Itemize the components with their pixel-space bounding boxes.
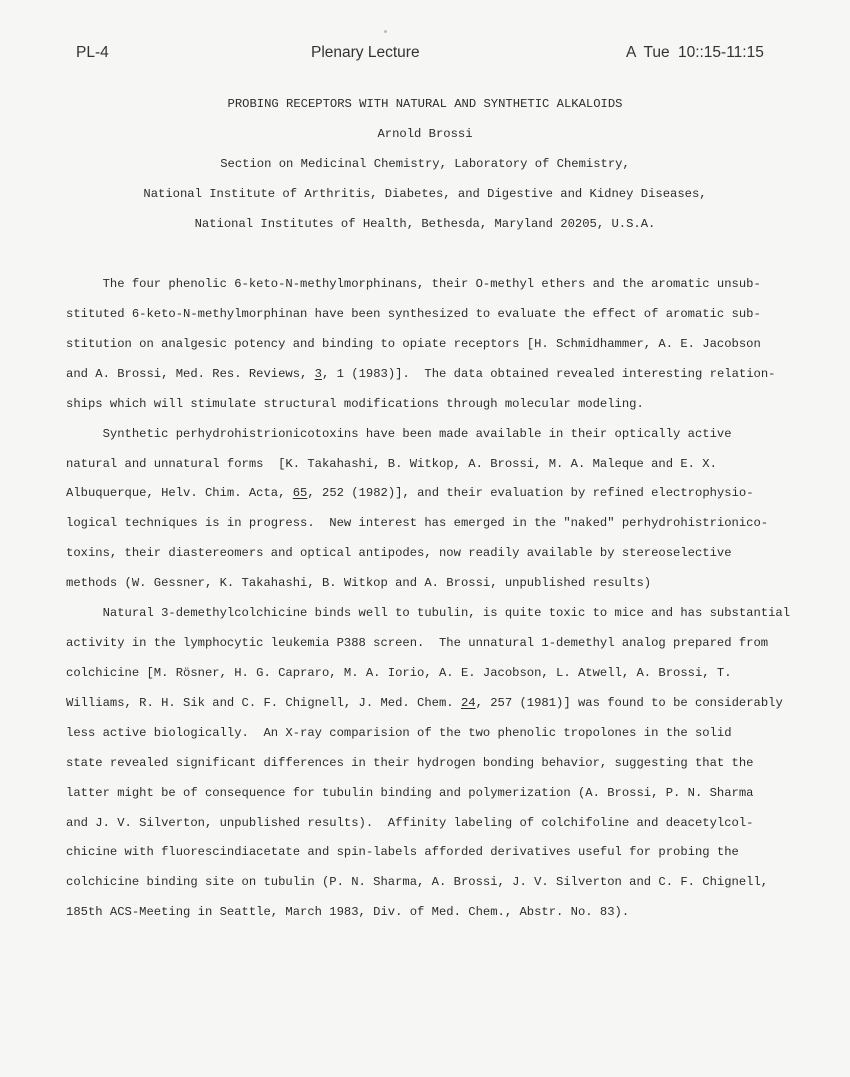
- volume-number: 24: [461, 696, 476, 710]
- page-header: PL-4 Plenary Lecture A Tue 10::15-11:15: [0, 44, 850, 66]
- paragraph-1-line-4: and A. Brossi, Med. Res. Reviews, 3, 1 (…: [66, 367, 775, 381]
- text-segment: Williams, R. H. Sik and C. F. Chignell, …: [66, 696, 461, 710]
- paragraph-2-line-6: methods (W. Gessner, K. Takahashi, B. Wi…: [66, 576, 651, 590]
- lecture-code: PL-4: [76, 44, 109, 62]
- paragraph-3-line-4: Williams, R. H. Sik and C. F. Chignell, …: [66, 696, 783, 710]
- paragraph-3-line-2: activity in the lymphocytic leukemia P38…: [66, 636, 768, 650]
- text-segment: and A. Brossi, Med. Res. Reviews,: [66, 367, 315, 381]
- paragraph-3-line-6: state revealed significant differences i…: [66, 756, 754, 770]
- paragraph-1-line-5: ships which will stimulate structural mo…: [66, 397, 644, 411]
- paper-speck: [384, 30, 387, 33]
- text-segment: , 1 (1983)]. The data obtained revealed …: [322, 367, 775, 381]
- author-name: Arnold Brossi: [0, 127, 850, 141]
- text-segment: Albuquerque, Helv. Chim. Acta,: [66, 486, 293, 500]
- paragraph-3-line-7: latter might be of consequence for tubul…: [66, 786, 754, 800]
- paragraph-2-line-3: Albuquerque, Helv. Chim. Acta, 65, 252 (…: [66, 486, 754, 500]
- paragraph-3-line-9: chicine with fluorescindiacetate and spi…: [66, 845, 739, 859]
- affiliation-line-3: National Institutes of Health, Bethesda,…: [0, 217, 850, 231]
- paragraph-3-line-1: Natural 3-demethylcolchicine binds well …: [66, 606, 790, 620]
- volume-number: 3: [315, 367, 322, 381]
- paragraph-3-line-10: colchicine binding site on tubulin (P. N…: [66, 875, 768, 889]
- document-page: PL-4 Plenary Lecture A Tue 10::15-11:15 …: [0, 0, 850, 1077]
- paragraph-1-line-1: The four phenolic 6-keto-N-methylmorphin…: [66, 277, 761, 291]
- lecture-type: Plenary Lecture: [311, 44, 420, 62]
- paragraph-2-line-5: toxins, their diastereomers and optical …: [66, 546, 732, 560]
- affiliation-line-2: National Institute of Arthritis, Diabete…: [0, 187, 850, 201]
- paper-title: PROBING RECEPTORS WITH NATURAL AND SYNTH…: [0, 97, 850, 111]
- text-segment: , 252 (1982)], and their evaluation by r…: [307, 486, 753, 500]
- text-segment: , 257 (1981)] was found to be considerab…: [476, 696, 783, 710]
- paragraph-2-line-2: natural and unnatural forms [K. Takahash…: [66, 457, 717, 471]
- paragraph-3-line-3: colchicine [M. Rösner, H. G. Capraro, M.…: [66, 666, 732, 680]
- session-time: A Tue 10::15-11:15: [626, 44, 764, 62]
- paragraph-1-line-3: stitution on analgesic potency and bindi…: [66, 337, 761, 351]
- affiliation-line-1: Section on Medicinal Chemistry, Laborato…: [0, 157, 850, 171]
- volume-number: 65: [293, 486, 308, 500]
- paragraph-2-line-1: Synthetic perhydrohistrionicotoxins have…: [66, 427, 732, 441]
- paragraph-1-line-2: stituted 6-keto-N-methylmorphinan have b…: [66, 307, 761, 321]
- paragraph-3-line-5: less active biologically. An X-ray compa…: [66, 726, 732, 740]
- paragraph-3-line-8: and J. V. Silverton, unpublished results…: [66, 816, 754, 830]
- paragraph-3-line-11: 185th ACS-Meeting in Seattle, March 1983…: [66, 905, 629, 919]
- paragraph-2-line-4: logical techniques is in progress. New i…: [66, 516, 768, 530]
